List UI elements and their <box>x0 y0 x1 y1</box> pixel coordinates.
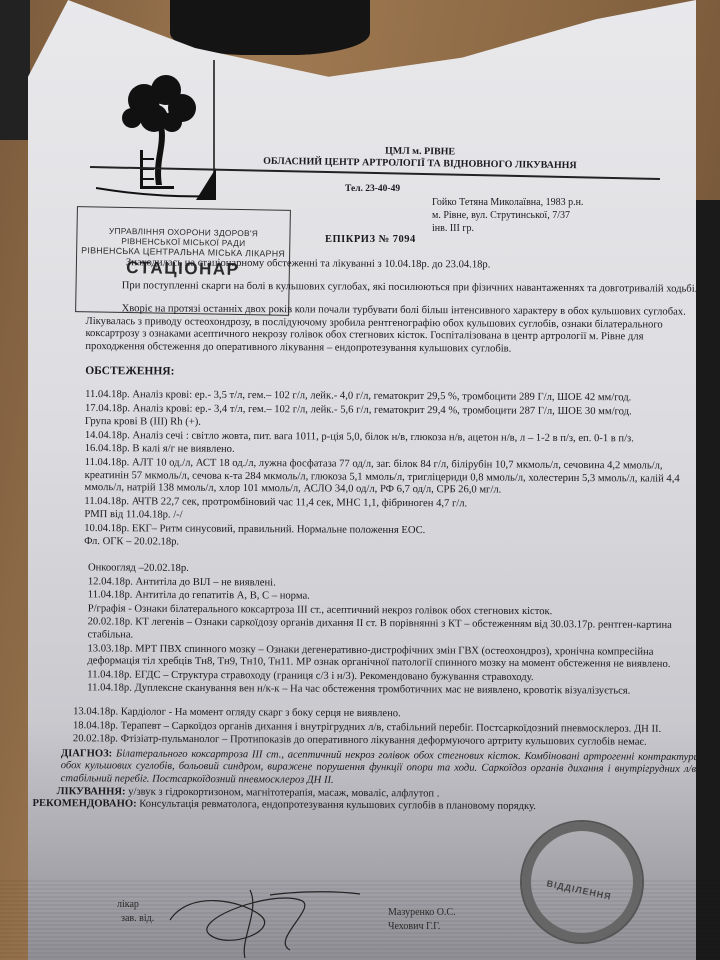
exam-entry: 11.04.18р. АЛТ 10 од./л, АСТ 18 од./л, л… <box>84 457 696 499</box>
round-stamp: ВІДДІЛЕННЯ <box>520 820 644 944</box>
diagnosis-label: ДІАГНОЗ: <box>61 748 112 759</box>
main-body: Знаходилась на стаціонарному обстеженні … <box>84 246 698 554</box>
diagnosis-text: Білатерального коксартроза ІІІ ст., асеп… <box>61 748 699 786</box>
treatment-label: ЛІКУВАННЯ: <box>57 786 126 797</box>
round-stamp-text: ВІДДІЛЕННЯ <box>545 877 612 903</box>
diagnosis: ДІАГНОЗ: Білатерального коксартроза ІІІ … <box>33 748 699 790</box>
patient-info: Гойко Тетяна Миколаївна, 1983 р.н. м. Рі… <box>432 196 583 235</box>
doctor-name: Мазуренко О.С. <box>388 906 456 920</box>
imaging-entry: 13.03.18р. МРТ ПВХ спинного мозку – Озна… <box>87 643 699 672</box>
exam-heading: ОБСТЕЖЕННЯ: <box>85 365 697 381</box>
head-label: зав. від. <box>95 912 154 926</box>
imaging-entry: 20.02.18р. КТ легенів – Ознаки саркоїдоз… <box>88 617 700 646</box>
recommend-label: РЕКОМЕНДОВАНО: <box>32 798 136 810</box>
document-title: ЕПІКРИЗ № 7094 <box>325 234 416 247</box>
recommend-text: Консультація ревматолога, ендопротезуван… <box>139 799 536 812</box>
handwritten-signature <box>150 880 370 960</box>
signature-names: Мазуренко О.С. Чехович Г.Г. <box>388 906 456 934</box>
patient-disability: інв. ІІІ гр. <box>432 222 583 235</box>
recommendation: РЕКОМЕНДОВАНО: Консультація ревматолога,… <box>32 798 698 815</box>
intro-paragraph: Хворіє на протязі останніх двох років ко… <box>85 303 697 357</box>
tree-logo-icon <box>96 60 216 200</box>
doctor-label: лікар <box>95 898 154 912</box>
letterhead: ЦМЛ м. РІВНЕ ОБЛАСНИЙ ЦЕНТР АРТРОЛОГІЇ Т… <box>220 143 620 173</box>
phone: Тел. 23-40-49 <box>345 183 400 196</box>
intro-paragraph: При поступленні скарги на болі в кульшов… <box>86 280 698 296</box>
exam-entry: Фл. ОГК – 20.02.18р. <box>84 536 696 552</box>
head-name: Чехович Г.Г. <box>388 920 456 934</box>
treatment-text: у/звук з гідрокортизоном, магнітотерапія… <box>128 786 439 799</box>
patient-name: Гойко Тетяна Миколаївна, 1983 р.н. <box>432 196 583 209</box>
consult-entry: 20.02.18р. Фтізіатр-пульманолог – Протип… <box>73 733 699 749</box>
patient-address: м. Рівне, вул. Струтинської, 7/37 <box>432 209 583 222</box>
lower-body: Онкоогляд –20.02.18р.12.04.18р. Антитіла… <box>32 562 700 815</box>
discharge-document: УПРАВЛІННЯ ОХОРОНИ ЗДОРОВ'Я РІВНЕНСЬКОЇ … <box>0 0 720 960</box>
signature-labels: лікар зав. від. <box>95 898 154 926</box>
intro-paragraph: Знаходилась на стаціонарному обстеженні … <box>86 257 698 273</box>
